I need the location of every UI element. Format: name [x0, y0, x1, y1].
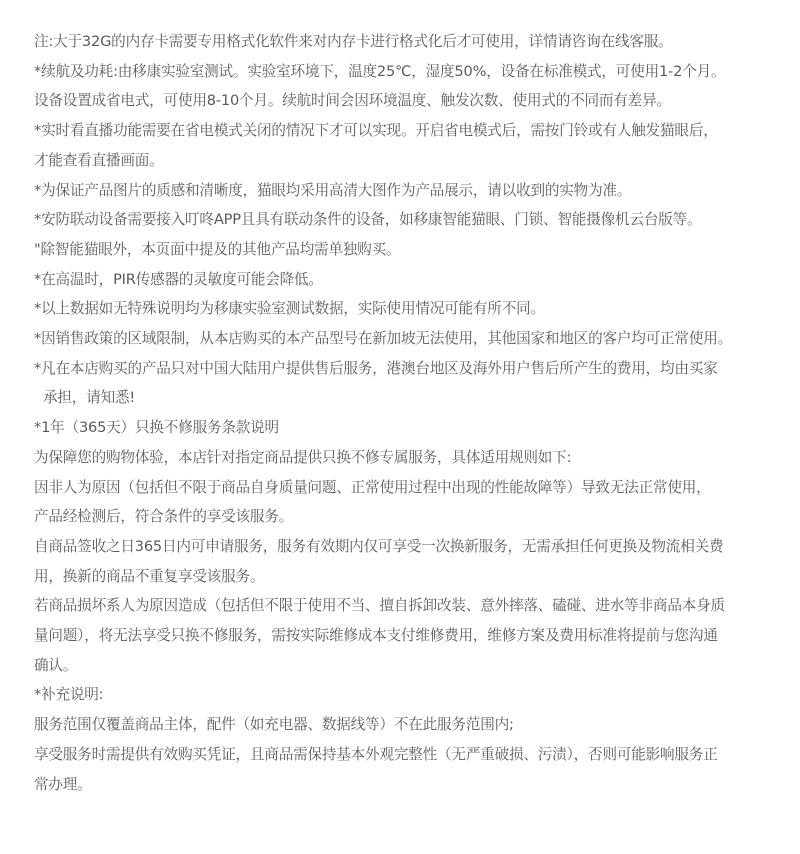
replacement-policy-title: *1年（365天）只换不修服务条款说明 [34, 413, 776, 443]
eligibility-rule-cont: 产品经检测后，符合条件的享受该服务。 [34, 502, 776, 532]
security-linkage-note: *安防联动设备需要接入叮咚APP且具有联动条件的设备，如移康智能猫眼、门锁、智能… [34, 205, 776, 235]
live-view-note-cont: 才能查看直播画面。 [34, 146, 776, 176]
service-period-rule-cont: 用，换新的商品不重复享受该服务。 [34, 562, 776, 592]
after-sales-note-cont: 承担，请知悉! [34, 383, 776, 413]
after-sales-note: *凡在本店购买的产品只对中国大陆用户提供售后服务，港澳台地区及海外用户售后所产生… [34, 354, 776, 384]
proof-of-purchase-note-cont: 常办理。 [34, 770, 776, 800]
exclusion-rule-cont: 量问题），将无法享受只换不修服务，需按实际维修成本支付维修费用，维修方案及费用标… [34, 621, 776, 651]
supplementary-title: *补充说明: [34, 680, 776, 710]
memory-card-note: 注:大于32G的内存卡需要专用格式化软件来对内存卡进行格式化后才可使用，详情请咨… [34, 27, 776, 57]
lab-data-note: *以上数据如无特殊说明均为移康实验室测试数据，实际使用情况可能有所不同。 [34, 294, 776, 324]
service-period-rule: 自商品签收之日365日内可申请服务，服务有效期内仅可享受一次换新服务，无需承担任… [34, 532, 776, 562]
live-view-note: *实时看直播功能需要在省电模式关闭的情况下才可以实现。开启省电模式后，需按门铃或… [34, 116, 776, 146]
exclusion-rule: 若商品损坏系人为原因造成（包括但不限于使用不当、擅自拆卸改装、意外摔落、磕碰、进… [34, 591, 776, 621]
battery-life-note-cont: 设备设置成省电式，可使用8-10个月。续航时间会因环境温度、触发次数、使用式的不… [34, 86, 776, 116]
replacement-policy-intro: 为保障您的购物体验，本店针对指定商品提供只换不修专属服务，具体适用规则如下: [34, 443, 776, 473]
eligibility-rule: 因非人为原因（包括但不限于商品自身质量问题、正常使用过程中出现的性能故障等）导致… [34, 473, 776, 503]
battery-life-note: *续航及功耗:由移康实验室测试。实验室环境下，温度25℃，湿度50%，设备在标准… [34, 57, 776, 87]
region-restriction-note: *因销售政策的区域限制，从本店购买的本产品型号在新加坡无法使用，其他国家和地区的… [34, 324, 776, 354]
separate-purchase-note: "除智能猫眼外，本页面中提及的其他产品均需单独购买。 [34, 235, 776, 265]
pir-sensitivity-note: *在高温时，PIR传感器的灵敏度可能会降低。 [34, 265, 776, 295]
terms-document: 注:大于32G的内存卡需要专用格式化软件来对内存卡进行格式化后才可使用，详情请咨… [0, 0, 800, 799]
exclusion-rule-cont-2: 确认。 [34, 651, 776, 681]
service-scope-note: 服务范围仅覆盖商品主体，配件（如充电器、数据线等）不在此服务范围内; [34, 710, 776, 740]
product-image-note: *为保证产品图片的质感和清晰度，猫眼均采用高清大图作为产品展示，请以收到的实物为… [34, 176, 776, 206]
proof-of-purchase-note: 享受服务时需提供有效购买凭证，且商品需保持基本外观完整性（无严重破损、污渍），否… [34, 740, 776, 770]
